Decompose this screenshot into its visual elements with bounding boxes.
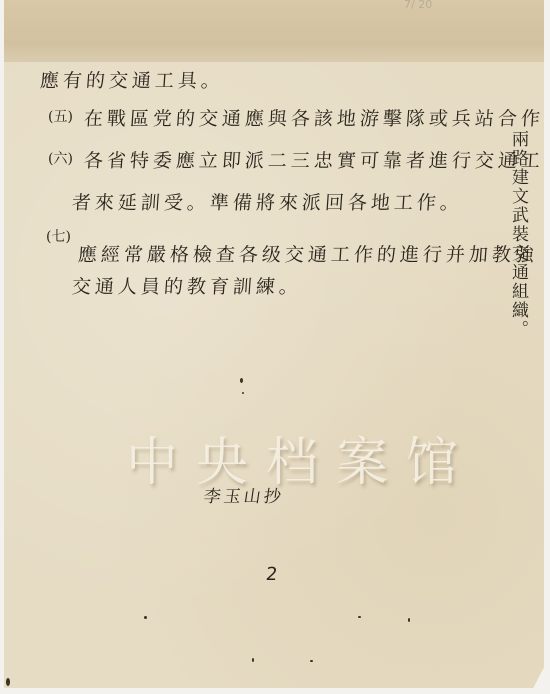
tape-strip <box>4 0 544 62</box>
document-page: 7/ 20 應有的交通工具。 (五) 在戰區党的交通應與各該地游擊隊或兵站合作 … <box>4 0 544 688</box>
text-line-1: 應有的交通工具。 <box>39 66 225 93</box>
ink-speck <box>310 660 313 662</box>
page-number: 2 <box>265 564 279 585</box>
scan-edge <box>544 58 550 694</box>
ink-speck <box>6 678 10 686</box>
item-marker-5: (五) <box>48 106 73 126</box>
ink-speck <box>240 378 243 383</box>
copyist-signature: 李玉山抄 <box>202 482 286 507</box>
text-line-2: 在戰區党的交通應與各該地游擊隊或兵站合作 <box>83 104 545 131</box>
item-marker-7: (七) <box>46 226 71 246</box>
text-line-3: 各省特委應立即派二三忠實可靠者進行交通工作 <box>83 146 550 173</box>
ink-speck <box>358 616 361 618</box>
text-line-5: 應經常嚴格檢查各级交通工作的進行并加教強 <box>77 240 539 267</box>
item-marker-6: (六) <box>48 148 73 168</box>
text-line-4: 者來延訓受。準備將來派回各地工作。 <box>71 188 464 215</box>
archive-mark: 7/ 20 <box>404 0 432 11</box>
archive-watermark: 中央档案馆 <box>126 420 476 495</box>
ink-speck <box>242 392 244 394</box>
ink-speck <box>252 658 254 662</box>
margin-note: 兩路建文武裝交通組織。 <box>507 130 529 339</box>
text-line-6: 交通人員的教育訓練。 <box>71 272 303 299</box>
ink-speck <box>144 616 147 619</box>
ink-speck <box>408 618 410 622</box>
